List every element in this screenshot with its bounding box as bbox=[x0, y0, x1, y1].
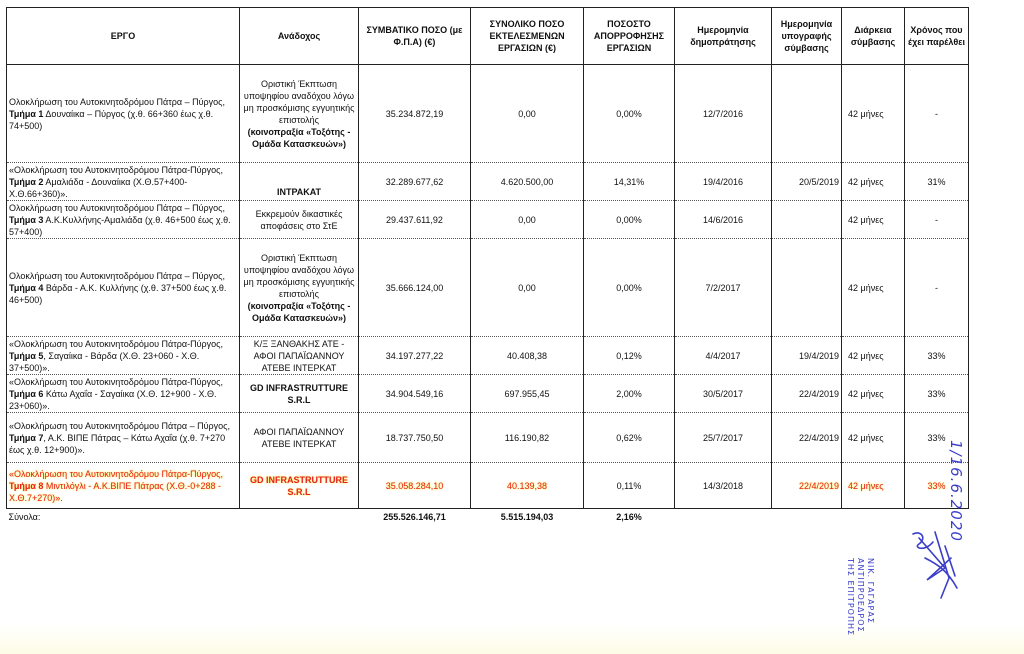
time-elapsed-cell: 33% bbox=[905, 375, 969, 413]
duration: 42 μήνες bbox=[848, 177, 884, 187]
tender-date: 19/4/2016 bbox=[703, 177, 743, 187]
executed-amount: 0,00 bbox=[518, 109, 536, 119]
absorption-rate: 2,00% bbox=[616, 389, 642, 399]
signing-date-cell: 22/4/2019 bbox=[772, 375, 842, 413]
duration-cell: 42 μήνες bbox=[842, 239, 905, 337]
time-elapsed: - bbox=[935, 109, 938, 119]
tender-date: 14/6/2016 bbox=[703, 215, 743, 225]
signing-date: 22/4/2019 bbox=[799, 389, 839, 399]
absorption-rate-cell: 2,00% bbox=[584, 375, 675, 413]
table-row: «Ολοκλήρωση του Αυτοκινητοδρόμου Πάτρα-Π… bbox=[7, 163, 969, 201]
tender-date-cell: 19/4/2016 bbox=[675, 163, 772, 201]
signing-date: 20/5/2019 bbox=[799, 177, 839, 187]
duration-cell: 42 μήνες bbox=[842, 163, 905, 201]
totals-executed-amount: 5.515.194,03 bbox=[471, 509, 584, 528]
project-cell: Ολοκλήρωση του Αυτοκινητοδρόμου Πάτρα – … bbox=[7, 239, 240, 337]
absorption-rate: 14,31% bbox=[614, 177, 645, 187]
project-section: Τμήμα 8 bbox=[9, 481, 43, 491]
tender-date: 12/7/2016 bbox=[703, 109, 743, 119]
tender-date-cell: 25/7/2017 bbox=[675, 413, 772, 463]
absorption-rate-cell: 0,00% bbox=[584, 65, 675, 163]
tender-date: 30/5/2017 bbox=[703, 389, 743, 399]
executed-amount-cell: 0,00 bbox=[471, 65, 584, 163]
absorption-rate-cell: 0,12% bbox=[584, 337, 675, 375]
tender-date: 25/7/2017 bbox=[703, 433, 743, 443]
tender-date-cell: 4/4/2017 bbox=[675, 337, 772, 375]
absorption-rate: 0,62% bbox=[616, 433, 642, 443]
project-section: Τμήμα 5 bbox=[9, 351, 43, 361]
contract-amount: 34.197.277,22 bbox=[386, 351, 444, 361]
duration: 42 μήνες bbox=[848, 433, 884, 443]
contract-amount-cell: 34.904.549,16 bbox=[359, 375, 471, 413]
project-title: Ολοκλήρωση του Αυτοκινητοδρόμου Πάτρα – … bbox=[9, 203, 225, 213]
signing-date-cell bbox=[772, 201, 842, 239]
contractor-note: Κ/Ξ ΞΑΝΘΑΚΗΣ ΑΤΕ - ΑΦΟΙ ΠΑΠΑΪΩΑΝΝΟΥ ΑΤΕΒ… bbox=[243, 338, 355, 374]
time-elapsed: 31% bbox=[927, 177, 945, 187]
contractor-cell: ΙΝΤΡΑΚΑΤ bbox=[240, 163, 359, 201]
time-elapsed: - bbox=[935, 283, 938, 293]
contract-amount: 35.058.284,10 bbox=[386, 481, 444, 491]
contractor-name: ΙΝΤΡΑΚΑΤ bbox=[243, 186, 355, 198]
duration-cell: 42 μήνες bbox=[842, 375, 905, 413]
tender-date-cell: 14/3/2018 bbox=[675, 463, 772, 509]
project-title: Ολοκλήρωση του Αυτοκινητοδρόμου Πάτρα – … bbox=[9, 271, 225, 281]
executed-amount: 697.955,45 bbox=[504, 389, 549, 399]
project-title: «Ολοκλήρωση του Αυτοκινητοδρόμου Πάτρα-Π… bbox=[9, 339, 223, 349]
signing-date-cell: 20/5/2019 bbox=[772, 163, 842, 201]
contractor-note: Εκκρεμούν δικαστικές αποφάσεις στο ΣτΕ bbox=[243, 208, 355, 232]
tender-date-cell: 14/6/2016 bbox=[675, 201, 772, 239]
header-absorption-rate: ΠΟΣΟΣΤΟ ΑΠΟΡΡΟΦΗΣΗΣ ΕΡΓΑΣΙΩΝ bbox=[584, 8, 675, 65]
contract-amount: 35.666.124,00 bbox=[386, 283, 444, 293]
absorption-rate: 0,00% bbox=[616, 109, 642, 119]
project-title: «Ολοκλήρωση του Αυτοκινητοδρόμου Πάτρα –… bbox=[9, 421, 230, 431]
time-elapsed-cell: - bbox=[905, 239, 969, 337]
absorption-rate-cell: 0,62% bbox=[584, 413, 675, 463]
tender-date-cell: 7/2/2017 bbox=[675, 239, 772, 337]
table-row: Ολοκλήρωση του Αυτοκινητοδρόμου Πάτρα – … bbox=[7, 239, 969, 337]
contractor-cell: GD INFRASTRUTTURE S.R.L bbox=[240, 463, 359, 509]
contract-amount-cell: 35.058.284,10 bbox=[359, 463, 471, 509]
signatory-line: ΑΝΤΙΠΡΟΕΔΡΟΣ bbox=[855, 558, 865, 636]
duration: 42 μήνες bbox=[848, 283, 884, 293]
tender-date-cell: 12/7/2016 bbox=[675, 65, 772, 163]
contract-amount: 32.289.677,62 bbox=[386, 177, 444, 187]
executed-amount: 4.620.500,00 bbox=[501, 177, 554, 187]
time-elapsed-cell: 31% bbox=[905, 163, 969, 201]
executed-amount: 40.139,38 bbox=[507, 481, 547, 491]
duration-cell: 42 μήνες bbox=[842, 337, 905, 375]
projects-table: ΕΡΓΟ Ανάδοχος ΣΥΜΒΑΤΙΚΟ ΠΟΣΟ (με Φ.Π.Α) … bbox=[6, 7, 969, 527]
project-cell: «Ολοκλήρωση του Αυτοκινητοδρόμου Πάτρα-Π… bbox=[7, 337, 240, 375]
time-elapsed: - bbox=[935, 215, 938, 225]
time-elapsed-cell: - bbox=[905, 65, 969, 163]
project-section: Τμήμα 3 bbox=[9, 215, 43, 225]
table-body: Ολοκλήρωση του Αυτοκινητοδρόμου Πάτρα – … bbox=[7, 65, 969, 509]
totals-absorption-rate: 2,16% bbox=[584, 509, 675, 528]
absorption-rate-cell: 0,11% bbox=[584, 463, 675, 509]
header-duration: Διάρκεια σύμβασης bbox=[842, 8, 905, 65]
signatory-line: ΤΗΣ ΕΠΙΤΡΟΠΗΣ bbox=[845, 558, 855, 636]
executed-amount-cell: 0,00 bbox=[471, 239, 584, 337]
project-section: Τμήμα 1 bbox=[9, 109, 43, 119]
contractor-name: GD INFRASTRUTTURE S.R.L bbox=[243, 382, 355, 406]
table-header-row: ΕΡΓΟ Ανάδοχος ΣΥΜΒΑΤΙΚΟ ΠΟΣΟ (με Φ.Π.Α) … bbox=[7, 8, 969, 65]
project-title: Ολοκλήρωση του Αυτοκινητοδρόμου Πάτρα – … bbox=[9, 97, 225, 107]
contractor-cell: Εκκρεμούν δικαστικές αποφάσεις στο ΣτΕ bbox=[240, 201, 359, 239]
duration: 42 μήνες bbox=[848, 109, 884, 119]
signing-date-cell bbox=[772, 239, 842, 337]
project-route: Α.Κ.Κυλλήνης-Αμαλιάδα (χ.θ. 46+500 έως χ… bbox=[9, 215, 231, 237]
contractor-cell: GD INFRASTRUTTURE S.R.L bbox=[240, 375, 359, 413]
absorption-rate: 0,00% bbox=[616, 283, 642, 293]
contractor-cell: Κ/Ξ ΞΑΝΘΑΚΗΣ ΑΤΕ - ΑΦΟΙ ΠΑΠΑΪΩΑΝΝΟΥ ΑΤΕΒ… bbox=[240, 337, 359, 375]
header-project: ΕΡΓΟ bbox=[7, 8, 240, 65]
executed-amount-cell: 40.139,38 bbox=[471, 463, 584, 509]
tender-date: 7/2/2017 bbox=[705, 283, 740, 293]
contract-amount-cell: 35.666.124,00 bbox=[359, 239, 471, 337]
executed-amount-cell: 697.955,45 bbox=[471, 375, 584, 413]
project-cell: Ολοκλήρωση του Αυτοκινητοδρόμου Πάτρα – … bbox=[7, 201, 240, 239]
signing-date: 22/4/2019 bbox=[799, 481, 839, 491]
contract-amount-cell: 29.437.611,92 bbox=[359, 201, 471, 239]
executed-amount: 0,00 bbox=[518, 283, 536, 293]
header-contractor: Ανάδοχος bbox=[240, 8, 359, 65]
time-elapsed: 33% bbox=[927, 481, 945, 491]
absorption-rate: 0,11% bbox=[617, 481, 642, 491]
project-cell: «Ολοκλήρωση του Αυτοκινητοδρόμου Πάτρα-Π… bbox=[7, 375, 240, 413]
project-cell: «Ολοκλήρωση του Αυτοκινητοδρόμου Πάτρα-Π… bbox=[7, 463, 240, 509]
tender-date: 4/4/2017 bbox=[705, 351, 740, 361]
signature-icon bbox=[905, 528, 965, 606]
contractor-name: (κοινοπραξία «Τοξότης - Ομάδα Κατασκευών… bbox=[243, 300, 355, 324]
executed-amount-cell: 116.190,82 bbox=[471, 413, 584, 463]
project-title: «Ολοκλήρωση του Αυτοκινητοδρόμου Πάτρα-Π… bbox=[9, 469, 223, 479]
header-executed-amount: ΣΥΝΟΛΙΚΟ ΠΟΣΟ ΕΚΤΕΛΕΣΜΕΝΩΝ ΕΡΓΑΣΙΩΝ (€) bbox=[471, 8, 584, 65]
project-title: «Ολοκλήρωση του Αυτοκινητοδρόμου Πάτρα-Π… bbox=[9, 165, 223, 175]
executed-amount-cell: 40.408,38 bbox=[471, 337, 584, 375]
table-row: «Ολοκλήρωση του Αυτοκινητοδρόμου Πάτρα-Π… bbox=[7, 463, 969, 509]
contractor-name: (κοινοπραξία «Τοξότης - Ομάδα Κατασκευών… bbox=[243, 126, 355, 150]
project-cell: Ολοκλήρωση του Αυτοκινητοδρόμου Πάτρα – … bbox=[7, 65, 240, 163]
table-row: Ολοκλήρωση του Αυτοκινητοδρόμου Πάτρα – … bbox=[7, 65, 969, 163]
absorption-rate-cell: 0,00% bbox=[584, 239, 675, 337]
executed-amount: 116.190,82 bbox=[505, 433, 549, 443]
table-row: «Ολοκλήρωση του Αυτοκινητοδρόμου Πάτρα –… bbox=[7, 413, 969, 463]
signing-date-cell: 22/4/2019 bbox=[772, 413, 842, 463]
header-tender-date: Ημερομηνία δημοπράτησης bbox=[675, 8, 772, 65]
contractor-cell: Οριστική Έκπτωση υποψηφίου αναδόχου λόγω… bbox=[240, 239, 359, 337]
contractor-note: ΑΦΟΙ ΠΑΠΑΪΩΑΝΝΟΥ ΑΤΕΒΕ ΙΝΤΕΡΚΑΤ bbox=[243, 426, 355, 450]
header-time-elapsed: Χρόνος που έχει παρέλθει bbox=[905, 8, 969, 65]
project-section: Τμήμα 2 bbox=[9, 177, 43, 187]
project-cell: «Ολοκλήρωση του Αυτοκινητοδρόμου Πάτρα-Π… bbox=[7, 163, 240, 201]
absorption-rate: 0,00% bbox=[616, 215, 642, 225]
project-section: Τμήμα 6 bbox=[9, 389, 43, 399]
contract-amount-cell: 18.737.750,50 bbox=[359, 413, 471, 463]
duration: 42 μήνες bbox=[848, 351, 884, 361]
signing-date: 19/4/2019 bbox=[799, 351, 839, 361]
time-elapsed: 33% bbox=[927, 433, 945, 443]
totals-contract-amount: 255.526.146,71 bbox=[359, 509, 471, 528]
time-elapsed: 33% bbox=[927, 351, 945, 361]
table-row: «Ολοκλήρωση του Αυτοκινητοδρόμου Πάτρα-Π… bbox=[7, 375, 969, 413]
duration-cell: 42 μήνες bbox=[842, 463, 905, 509]
contractor-name: GD INFRASTRUTTURE S.R.L bbox=[243, 474, 355, 498]
absorption-rate-cell: 14,31% bbox=[584, 163, 675, 201]
duration: 42 μήνες bbox=[848, 389, 884, 399]
contract-amount: 29.437.611,92 bbox=[386, 215, 443, 225]
absorption-rate-cell: 0,00% bbox=[584, 201, 675, 239]
executed-amount-cell: 4.620.500,00 bbox=[471, 163, 584, 201]
duration-cell: 42 μήνες bbox=[842, 201, 905, 239]
header-signing-date: Ημερομηνία υπογραφής σύμβασης bbox=[772, 8, 842, 65]
contractor-note: Οριστική Έκπτωση υποψηφίου αναδόχου λόγω… bbox=[243, 78, 355, 126]
project-title: «Ολοκλήρωση του Αυτοκινητοδρόμου Πάτρα-Π… bbox=[9, 377, 223, 387]
contract-amount: 34.904.549,16 bbox=[386, 389, 444, 399]
contractor-cell: ΑΦΟΙ ΠΑΠΑΪΩΑΝΝΟΥ ΑΤΕΒΕ ΙΝΤΕΡΚΑΤ bbox=[240, 413, 359, 463]
tender-date-cell: 30/5/2017 bbox=[675, 375, 772, 413]
executed-amount: 0,00 bbox=[518, 215, 536, 225]
contract-amount: 18.737.750,50 bbox=[386, 433, 444, 443]
project-section: Τμήμα 4 bbox=[9, 283, 43, 293]
handwritten-date-note: 1/16.6.2020 bbox=[947, 440, 965, 542]
signing-date-cell: 22/4/2019 bbox=[772, 463, 842, 509]
signing-date-cell bbox=[772, 65, 842, 163]
tender-date: 14/3/2018 bbox=[703, 481, 743, 491]
project-cell: «Ολοκλήρωση του Αυτοκινητοδρόμου Πάτρα –… bbox=[7, 413, 240, 463]
contract-amount-cell: 34.197.277,22 bbox=[359, 337, 471, 375]
contractor-note: Οριστική Έκπτωση υποψηφίου αναδόχου λόγω… bbox=[243, 252, 355, 300]
time-elapsed-cell: - bbox=[905, 201, 969, 239]
totals-label: Σύνολα: bbox=[7, 509, 359, 528]
absorption-rate: 0,12% bbox=[616, 351, 642, 361]
signatory-line: ΝΙΚ. ΓΑΓΑΡΑΣ bbox=[865, 558, 875, 636]
signing-date: 22/4/2019 bbox=[799, 433, 839, 443]
contract-amount: 35.234.872,19 bbox=[386, 109, 444, 119]
totals-row: Σύνολα: 255.526.146,71 5.515.194,03 2,16… bbox=[7, 509, 969, 528]
contract-amount-cell: 35.234.872,19 bbox=[359, 65, 471, 163]
signing-date-cell: 19/4/2019 bbox=[772, 337, 842, 375]
time-elapsed: 33% bbox=[927, 389, 945, 399]
executed-amount: 40.408,38 bbox=[507, 351, 547, 361]
table-row: Ολοκλήρωση του Αυτοκινητοδρόμου Πάτρα – … bbox=[7, 201, 969, 239]
duration: 42 μήνες bbox=[848, 481, 884, 491]
table-row: «Ολοκλήρωση του Αυτοκινητοδρόμου Πάτρα-Π… bbox=[7, 337, 969, 375]
contract-amount-cell: 32.289.677,62 bbox=[359, 163, 471, 201]
project-section: Τμήμα 7 bbox=[9, 433, 43, 443]
duration: 42 μήνες bbox=[848, 215, 884, 225]
duration-cell: 42 μήνες bbox=[842, 65, 905, 163]
header-contract-amount: ΣΥΜΒΑΤΙΚΟ ΠΟΣΟ (με Φ.Π.Α) (€) bbox=[359, 8, 471, 65]
contractor-cell: Οριστική Έκπτωση υποψηφίου αναδόχου λόγω… bbox=[240, 65, 359, 163]
time-elapsed-cell: 33% bbox=[905, 337, 969, 375]
signatory-block: ΝΙΚ. ΓΑΓΑΡΑΣ ΑΝΤΙΠΡΟΕΔΡΟΣ ΤΗΣ ΕΠΙΤΡΟΠΗΣ bbox=[845, 558, 875, 636]
executed-amount-cell: 0,00 bbox=[471, 201, 584, 239]
duration-cell: 42 μήνες bbox=[842, 413, 905, 463]
